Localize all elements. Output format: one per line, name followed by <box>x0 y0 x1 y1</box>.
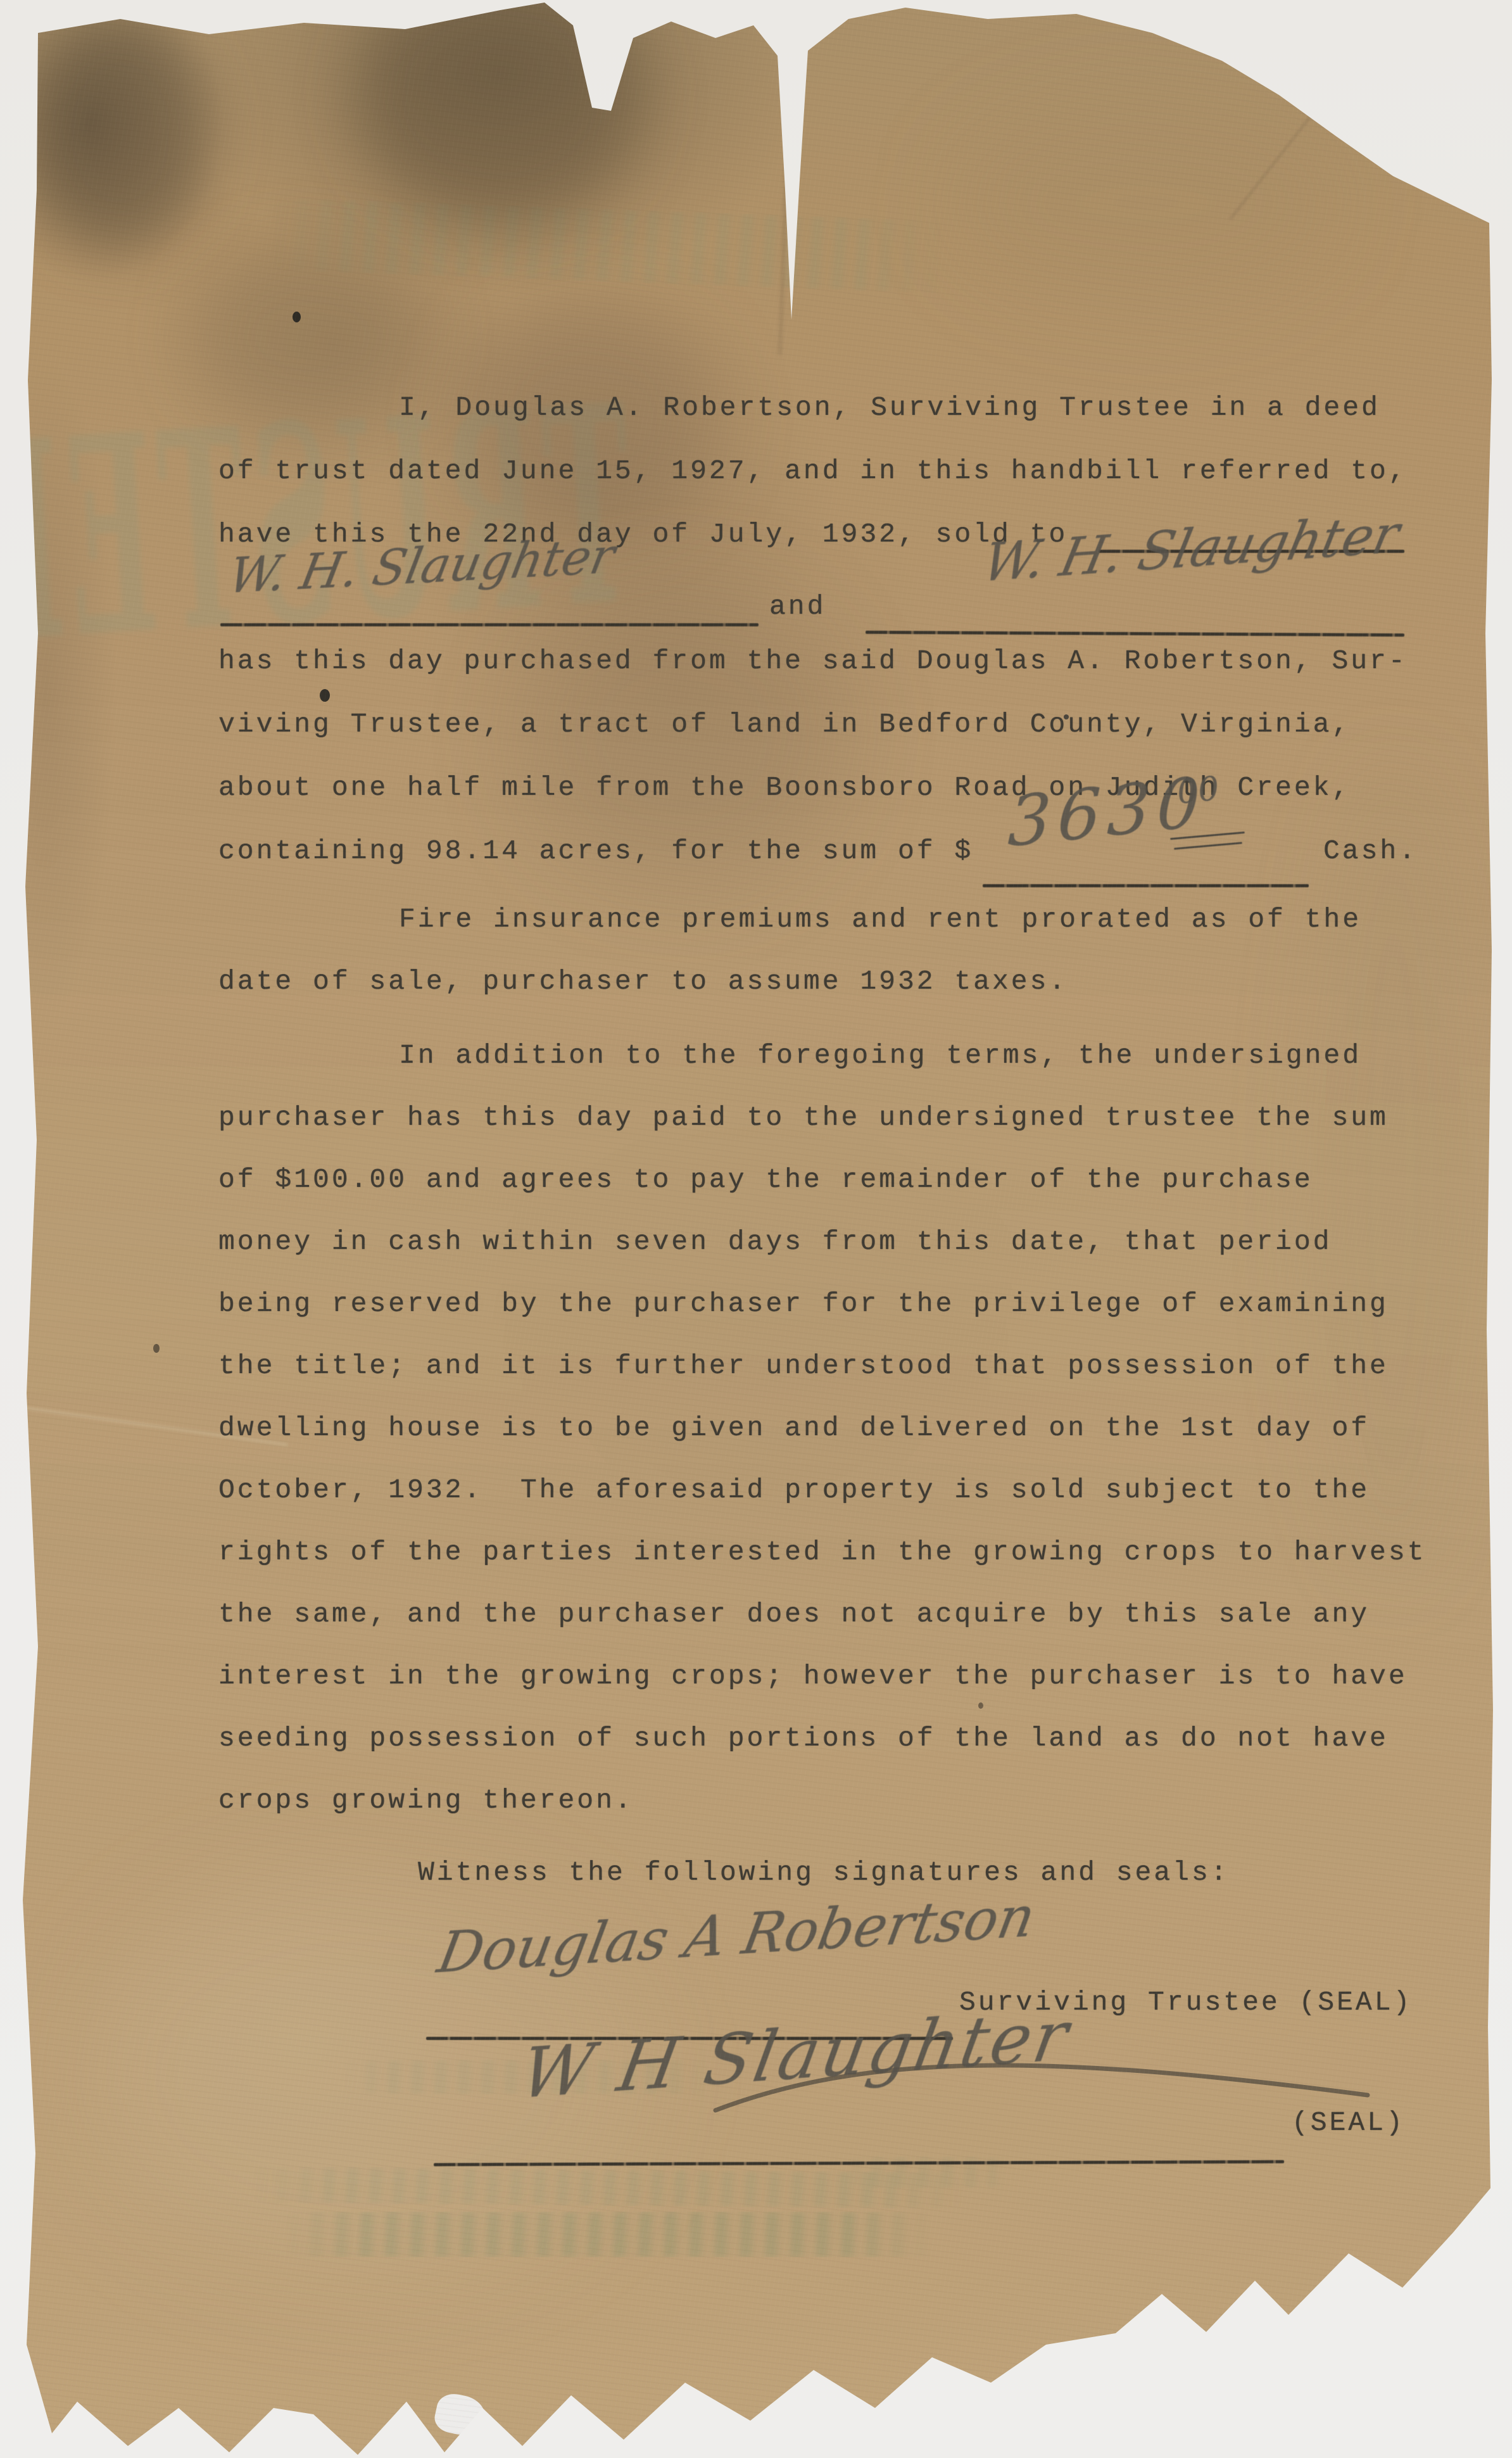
typed-line: I, Douglas A. Robertson, Surviving Trust… <box>399 394 1380 421</box>
signature-slaughter: W H Slaughter <box>516 2001 1075 2109</box>
signature-flourish-stroke <box>696 2039 1406 2141</box>
typed-line: crops growing thereon. <box>218 1787 634 1814</box>
blank-line-rule <box>220 623 759 626</box>
typed-line: the same, and the purchaser does not acq… <box>218 1600 1370 1628</box>
typed-line: date of sale, purchaser to assume 1932 t… <box>218 968 1068 995</box>
typed-line: being reserved by the purchaser for the … <box>218 1290 1389 1317</box>
blank-line-rule <box>983 884 1309 887</box>
crease <box>24 1407 287 1446</box>
bleedthrough-smudge-top <box>271 198 944 294</box>
typed-line: seeding possession of such portions of t… <box>218 1725 1389 1752</box>
paper-hole <box>432 2391 488 2440</box>
ink-speck <box>293 312 301 322</box>
typed-line: money in cash within seven days from thi… <box>218 1228 1332 1255</box>
typed-line: dwelling house is to be given and delive… <box>218 1414 1370 1441</box>
stain <box>950 101 1342 304</box>
typed-seal: (SEAL) <box>1292 2109 1405 2136</box>
stain <box>355 0 646 228</box>
typed-line: of $100.00 and agrees to pay the remaind… <box>218 1166 1313 1193</box>
bleedthrough-title-text: TRUSTEE'S <box>0 382 638 675</box>
signature-underline <box>434 2160 1284 2167</box>
stain <box>1304 760 1482 1583</box>
typed-witness-line: Witness the following signatures and sea… <box>418 1859 1230 1886</box>
bleedthrough-smudge-bottom-3 <box>848 2157 1007 2188</box>
handwritten-amount: 3630 <box>1007 768 1207 858</box>
crease <box>779 57 791 355</box>
stain <box>456 298 722 538</box>
typed-line: of trust dated June 15, 1927, and in thi… <box>218 457 1408 485</box>
crease <box>1230 59 1356 220</box>
ink-speck <box>1064 714 1069 719</box>
cents-underline <box>1170 832 1245 840</box>
typed-line: October, 1932. The aforesaid property is… <box>218 1476 1370 1504</box>
bleedthrough-smudge-mid-signature <box>342 2060 709 2094</box>
signature-robertson: Douglas A Robertson <box>434 1888 1039 1981</box>
typed-line: interest in the growing crops; however t… <box>218 1663 1408 1690</box>
bleedthrough-smudge-bottom-1 <box>253 2166 962 2209</box>
ink-speck <box>320 689 330 702</box>
typed-line: viving Trustee, a tract of land in Bedfo… <box>218 711 1351 738</box>
typed-connector-and: and <box>769 593 826 620</box>
typed-line: about one half mile from the Boonsboro R… <box>218 774 1351 801</box>
bleedthrough-smudge-bottom-2 <box>285 2212 931 2257</box>
bleedthrough-title: TRUSTEE'S <box>184 349 1185 654</box>
typed-line: purchaser has this day paid to the under… <box>218 1104 1389 1131</box>
stain <box>76 1868 646 2280</box>
stain <box>25 13 215 253</box>
typed-line: have this the 22nd day of July, 1932, so… <box>218 521 1068 548</box>
typed-line: rights of the parties interested in the … <box>218 1538 1426 1566</box>
typed-line: In addition to the foregoing terms, the … <box>399 1042 1361 1069</box>
blank-line-rule <box>866 631 1404 637</box>
typed-line: has this day purchased from the said Dou… <box>218 647 1408 675</box>
cents-underline <box>1174 842 1242 849</box>
typed-line: the title; and it is further understood … <box>218 1352 1389 1379</box>
signature-underline <box>426 2037 953 2040</box>
typed-cash-label: Cash. <box>1323 837 1418 865</box>
typed-line: containing 98.14 acres, for the sum of $ <box>218 837 973 865</box>
handwritten-purchaser-1: W. H. Slaughter <box>225 531 619 600</box>
scanned-document-page: TRUSTEE'S I, Douglas A. Robertson, Survi… <box>0 0 1512 2458</box>
paper-sheet: TRUSTEE'S I, Douglas A. Robertson, Survi… <box>0 0 1512 2458</box>
typed-line: Fire insurance premiums and rent prorate… <box>399 906 1361 933</box>
typed-surviving-trustee-seal: Surviving Trustee (SEAL) <box>959 1989 1412 2016</box>
handwritten-purchaser-2: W. H. Slaughter <box>978 509 1404 590</box>
blank-line-rule <box>1099 550 1404 553</box>
ink-speck <box>153 1344 160 1353</box>
stain <box>519 583 848 887</box>
ink-speck <box>978 1702 983 1709</box>
handwritten-amount-cents: 00 <box>1176 772 1221 809</box>
stain <box>190 241 431 431</box>
